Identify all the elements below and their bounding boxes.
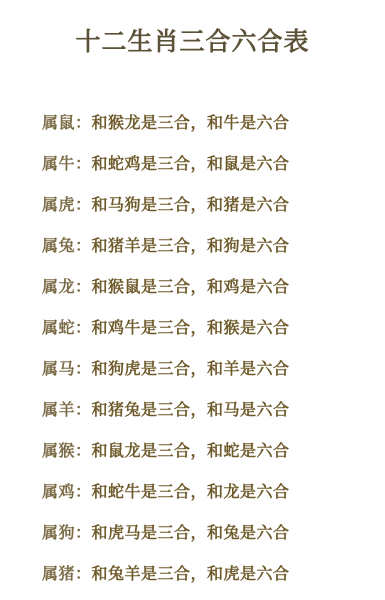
sanhe-text: 和蛇牛是三合， <box>92 482 208 501</box>
sanhe-text: 和狗虎是三合， <box>92 359 208 378</box>
liuhe-text: 和羊是六合 <box>207 359 290 378</box>
zodiac-label: 属鼠： <box>42 113 92 132</box>
liuhe-text: 和鸡是六合 <box>207 277 290 296</box>
liuhe-text: 和蛇是六合 <box>207 441 290 460</box>
liuhe-text: 和虎是六合 <box>207 564 290 583</box>
zodiac-label: 属虎： <box>42 195 92 214</box>
sanhe-text: 和猴鼠是三合， <box>92 277 208 296</box>
zodiac-label: 属龙： <box>42 277 92 296</box>
zodiac-label: 属马： <box>42 359 92 378</box>
liuhe-text: 和龙是六合 <box>207 482 290 501</box>
zodiac-label: 属猪： <box>42 564 92 583</box>
row-rat: 属鼠：和猴龙是三合，和牛是六合 <box>42 110 352 151</box>
liuhe-text: 和狗是六合 <box>207 236 290 255</box>
row-pig: 属猪：和兔羊是三合，和虎是六合 <box>42 561 352 600</box>
sanhe-text: 和猪羊是三合， <box>92 236 208 255</box>
zodiac-label: 属牛： <box>42 154 92 173</box>
row-ox: 属牛：和蛇鸡是三合，和鼠是六合 <box>42 151 352 192</box>
zodiac-label: 属猴： <box>42 441 92 460</box>
liuhe-text: 和牛是六合 <box>207 113 290 132</box>
sanhe-text: 和兔羊是三合， <box>92 564 208 583</box>
row-goat: 属羊：和猪兔是三合，和马是六合 <box>42 397 352 438</box>
zodiac-label: 属狗： <box>42 523 92 542</box>
page-title: 十二生肖三合六合表 <box>0 22 385 58</box>
zodiac-label: 属蛇： <box>42 318 92 337</box>
sanhe-text: 和鼠龙是三合， <box>92 441 208 460</box>
sanhe-text: 和猪兔是三合， <box>92 400 208 419</box>
sanhe-text: 和猴龙是三合， <box>92 113 208 132</box>
row-dragon: 属龙：和猴鼠是三合，和鸡是六合 <box>42 274 352 315</box>
sanhe-text: 和马狗是三合， <box>92 195 208 214</box>
row-tiger: 属虎：和马狗是三合，和猪是六合 <box>42 192 352 233</box>
zodiac-label: 属兔： <box>42 236 92 255</box>
liuhe-text: 和猴是六合 <box>207 318 290 337</box>
row-snake: 属蛇：和鸡牛是三合，和猴是六合 <box>42 315 352 356</box>
zodiac-table: 属鼠：和猴龙是三合，和牛是六合 属牛：和蛇鸡是三合，和鼠是六合 属虎：和马狗是三… <box>42 110 352 600</box>
sanhe-text: 和蛇鸡是三合， <box>92 154 208 173</box>
zodiac-label: 属鸡： <box>42 482 92 501</box>
sanhe-text: 和虎马是三合， <box>92 523 208 542</box>
liuhe-text: 和马是六合 <box>207 400 290 419</box>
zodiac-label: 属羊： <box>42 400 92 419</box>
row-rabbit: 属兔：和猪羊是三合，和狗是六合 <box>42 233 352 274</box>
liuhe-text: 和鼠是六合 <box>207 154 290 173</box>
row-rooster: 属鸡：和蛇牛是三合，和龙是六合 <box>42 479 352 520</box>
row-horse: 属马：和狗虎是三合，和羊是六合 <box>42 356 352 397</box>
liuhe-text: 和猪是六合 <box>207 195 290 214</box>
row-monkey: 属猴：和鼠龙是三合，和蛇是六合 <box>42 438 352 479</box>
row-dog: 属狗：和虎马是三合，和兔是六合 <box>42 520 352 561</box>
sanhe-text: 和鸡牛是三合， <box>92 318 208 337</box>
liuhe-text: 和兔是六合 <box>207 523 290 542</box>
